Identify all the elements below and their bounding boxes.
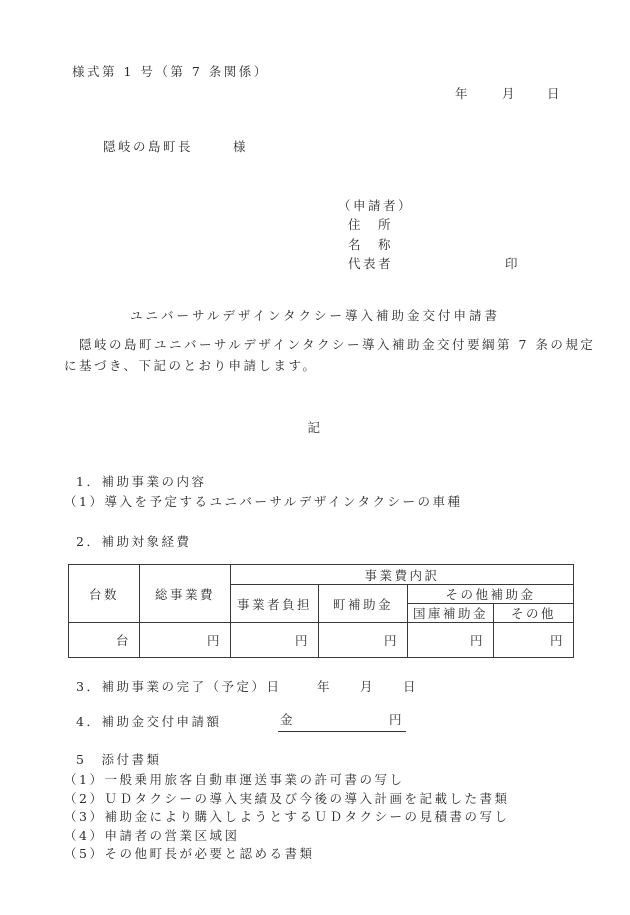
applicant-address-label: 住 所 <box>338 215 413 234</box>
applicant-representative-label: 代表者 <box>348 256 393 271</box>
cell-national-subsidy: 円 <box>408 623 494 658</box>
date-year-label: 年 <box>455 84 470 102</box>
col-header-breakdown: 事業費内訳 <box>231 565 574 585</box>
ki-label: 記 <box>0 418 630 436</box>
cell-town-subsidy: 円 <box>319 623 408 658</box>
cell-other: 円 <box>494 623 574 658</box>
intro-line-2: に基づき、下記のとおり申請します。 <box>64 355 318 376</box>
applicant-block: （申請者） 住 所 名 称 代表者 印 <box>338 196 413 274</box>
applicant-heading: （申請者） <box>338 196 413 215</box>
cell-units: 台 <box>69 623 140 658</box>
section3-year-label: 年 <box>317 677 332 695</box>
applicant-representative-line: 代表者 印 <box>338 254 413 273</box>
applicant-name-label: 名 称 <box>338 235 413 254</box>
section2-heading: 2．補助対象経費 <box>76 532 191 550</box>
section3-day-label: 日 <box>403 677 418 695</box>
document-title: ユニバーサルデザインタクシー導入補助金交付申請書 <box>0 306 630 324</box>
col-header-other: その他 <box>494 604 574 623</box>
addressee-title: 隠岐の島町長 <box>103 137 193 155</box>
list-item: （2）ＵＤタクシーの導入実績及び今後の導入計画を記載した書類 <box>64 790 509 809</box>
col-header-total-cost: 総事業費 <box>140 565 231 623</box>
date-month-label: 月 <box>502 84 517 102</box>
section3-line: 3．補助事業の完了（予定）日 年 月 日 <box>0 677 630 693</box>
col-header-national-subsidy: 国庫補助金 <box>408 604 494 623</box>
list-item: （5）その他町長が必要と認める書類 <box>64 845 509 864</box>
attachments-list: （1）一般乗用旅客自動車運送事業の許可書の写し （2）ＵＤタクシーの導入実績及び… <box>64 771 509 864</box>
section1-item1: （1）導入を予定するユニバーサルデザインタクシーの車種 <box>64 492 462 510</box>
list-item: （4）申請者の営業区域図 <box>64 827 509 846</box>
application-form-page: 様式第 1 号（第 7 条関係） 年 月 日 隠岐の島町長 様 （申請者） 住 … <box>0 0 630 915</box>
intro-line-1: 隠岐の島町ユニバーサルデザインタクシー導入補助金交付要綱第 7 条の規定 <box>64 334 595 355</box>
section3-month-label: 月 <box>360 677 375 695</box>
section1-heading: 1．補助事業の内容 <box>76 472 206 490</box>
section4-line: 4．補助金交付申請額 金 円 <box>0 712 630 734</box>
amount-underline-field: 金 円 <box>278 710 406 732</box>
col-header-other-subsidy: その他補助金 <box>408 585 574 604</box>
section5-heading: 5 添付書類 <box>76 750 161 768</box>
date-day-label: 日 <box>547 84 562 102</box>
col-header-units: 台数 <box>69 565 140 623</box>
list-item: （1）一般乗用旅客自動車運送事業の許可書の写し <box>64 771 509 790</box>
seal-label: 印 <box>505 254 520 273</box>
date-line: 年 月 日 <box>0 84 630 100</box>
form-number: 様式第 1 号（第 7 条関係） <box>72 62 269 80</box>
addressee-honorific: 様 <box>233 137 248 155</box>
amount-suffix-label: 円 <box>389 710 404 728</box>
cost-table: 台数 総事業費 事業費内訳 事業者負担 町補助金 その他補助金 国庫補助金 その… <box>68 564 574 658</box>
cell-operator-share: 円 <box>231 623 319 658</box>
col-header-operator-share: 事業者負担 <box>231 585 319 623</box>
section4-heading: 4．補助金交付申請額 <box>76 712 221 730</box>
section3-heading: 3．補助事業の完了（予定）日 <box>76 677 281 695</box>
list-item: （3）補助金により購入しようとするＵＤタクシーの見積書の写し <box>64 808 509 827</box>
col-header-town-subsidy: 町補助金 <box>319 585 408 623</box>
amount-prefix-label: 金 <box>280 710 295 728</box>
addressee-line: 隠岐の島町長 様 <box>0 137 630 153</box>
table-row: 台 円 円 円 円 円 <box>69 623 574 658</box>
cell-total-cost: 円 <box>140 623 231 658</box>
